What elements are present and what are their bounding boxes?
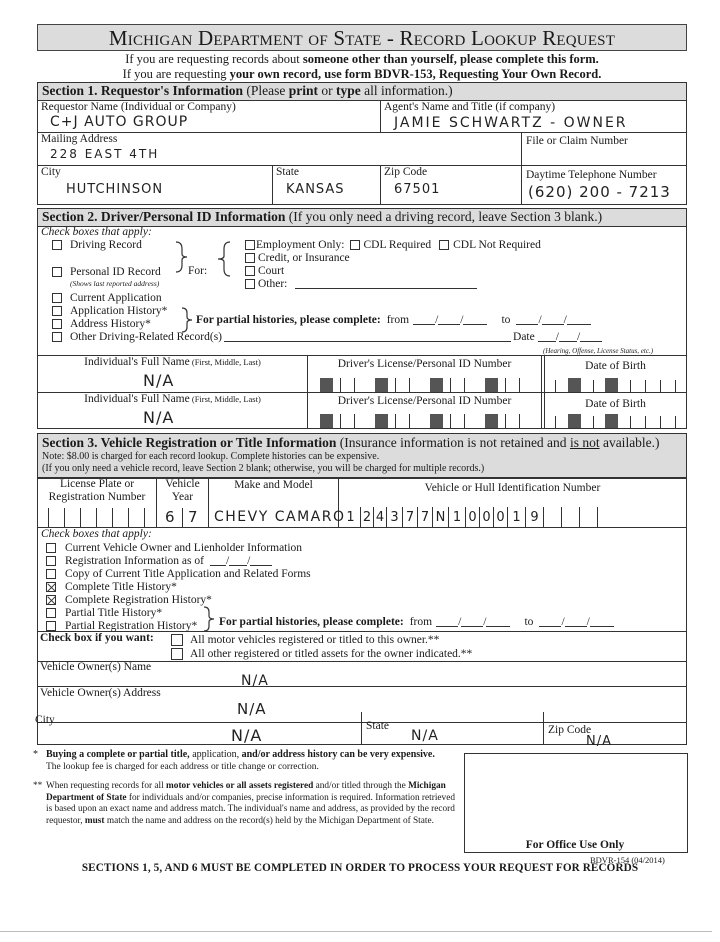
- section1-note-type: type: [336, 83, 361, 98]
- complete-registration-history-checkbox[interactable]: [46, 595, 56, 605]
- individual-name-field[interactable]: N/A: [143, 408, 174, 427]
- vin-char: 3: [387, 507, 403, 527]
- name-label-small: (First, Middle, Last): [190, 357, 261, 367]
- from-year-field[interactable]: [486, 617, 510, 627]
- cdl-required-checkbox[interactable]: [350, 240, 360, 250]
- vin-char: N: [433, 507, 449, 527]
- from-label: from: [387, 314, 409, 326]
- other-driving-checkbox[interactable]: [52, 332, 62, 342]
- address-history-label: Address History*: [70, 318, 151, 330]
- name-label-small: (First, Middle, Last): [190, 394, 261, 404]
- section3-title: Section 3. Vehicle Registration or Title…: [42, 435, 336, 450]
- state-field[interactable]: KANSAS: [286, 182, 345, 197]
- all-motor-vehicles-checkbox[interactable]: [171, 634, 183, 646]
- plate-label: License Plate or Registration Number: [38, 478, 156, 504]
- zip-field[interactable]: 67501: [394, 182, 440, 197]
- vin-char: 4: [374, 507, 387, 527]
- file-claim-label: File or Claim Number: [526, 135, 628, 147]
- registration-info-checkbox[interactable]: [46, 556, 56, 566]
- from-month-field[interactable]: [413, 315, 435, 325]
- mailing-address-field[interactable]: 228 EAST 4TH: [50, 147, 159, 161]
- page-edge-divider: [0, 931, 712, 932]
- option-label: Complete Title History*: [65, 581, 177, 593]
- address-history-checkbox[interactable]: [52, 319, 62, 329]
- footnote-star1: * Buying a complete or partial title, ap…: [33, 749, 453, 773]
- owner-name-label: Vehicle Owner(s) Name: [40, 661, 151, 673]
- other-driving-label: Other Driving-Related Record(s): [70, 331, 222, 343]
- instruction-1-bold: someone other than yourself, please comp…: [303, 52, 599, 66]
- driving-record-label: Driving Record: [70, 239, 142, 251]
- plate-number-field[interactable]: [40, 508, 156, 527]
- current-application-checkbox[interactable]: [52, 293, 62, 303]
- employment-only-checkbox[interactable]: [245, 240, 255, 250]
- instruction-2-bold: your own record, use form BDVR-153, Requ…: [230, 67, 602, 81]
- cdl-not-required-label: CDL Not Required: [453, 239, 541, 251]
- instruction-1-text: If you are requesting records about: [125, 52, 303, 66]
- driving-record-checkbox[interactable]: [52, 240, 62, 250]
- license-number-field[interactable]: [308, 412, 541, 429]
- section1-note-print: print: [289, 83, 318, 98]
- to-year-field[interactable]: [567, 315, 591, 325]
- to-month-field[interactable]: [539, 617, 561, 627]
- dob-label: Date of Birth: [545, 360, 686, 372]
- other-checkbox[interactable]: [245, 279, 255, 289]
- instruction-line-1: If you are requesting records about some…: [37, 52, 687, 67]
- vin-char: 2: [361, 507, 374, 527]
- from-label: from: [410, 616, 432, 628]
- office-use-box: For Office Use Only: [464, 753, 688, 853]
- section3-note-underline: is not: [570, 435, 600, 450]
- complete-title-history-checkbox[interactable]: [46, 582, 56, 592]
- option-label: Current Vehicle Owner and Lienholder Inf…: [65, 542, 302, 554]
- vin-char: 9: [526, 507, 544, 527]
- zip-label: Zip Code: [384, 166, 427, 178]
- plate-label-2: Registration Number: [38, 491, 156, 504]
- double-star-mark: **: [33, 781, 42, 793]
- employment-only-label: Employment Only:: [256, 239, 344, 251]
- option-label: Partial Title History*: [65, 607, 162, 619]
- mailing-address-label: Mailing Address: [41, 133, 117, 145]
- date-day-field[interactable]: [559, 332, 577, 342]
- requestor-name-field[interactable]: C+J AUTO GROUP: [50, 114, 188, 130]
- partial-histories-label: For partial histories, please complete:: [196, 314, 381, 326]
- vin-char: 1: [449, 507, 466, 527]
- year-label-2: Year: [157, 491, 208, 504]
- owner-zip-field[interactable]: N/A: [586, 734, 612, 749]
- owner-state-field[interactable]: N/A: [411, 728, 439, 744]
- individual-name-label: Individual's Full Name (First, Middle, L…: [38, 393, 307, 405]
- section3-fee-note: Note: $8.00 is charged for each record l…: [42, 451, 686, 463]
- to-day-field[interactable]: [565, 617, 587, 627]
- section3-heading: Section 3. Vehicle Registration or Title…: [37, 433, 687, 479]
- requestor-name-label: Requestor Name (Individual or Company): [41, 101, 236, 113]
- vin-label: Vehicle or Hull Identification Number: [339, 482, 686, 494]
- license-number-label: Driver's License/Personal ID Number: [308, 395, 541, 407]
- file-claim-field[interactable]: [530, 149, 680, 163]
- court-checkbox[interactable]: [245, 266, 255, 276]
- star1-line2: The lookup fee is charged for each addre…: [46, 762, 319, 772]
- dob-field[interactable]: [545, 375, 686, 392]
- owner-location-row: City N/A State N/A Zip Code N/A: [37, 712, 687, 745]
- owner-city-label: City: [35, 714, 55, 726]
- owner-address-label: Vehicle Owner(s) Address: [40, 687, 161, 699]
- application-history-checkbox[interactable]: [52, 306, 62, 316]
- state-label: State: [276, 166, 299, 178]
- agent-name-field[interactable]: JAMIE SCHWARTZ - OWNER: [394, 115, 628, 131]
- vin-char: [562, 507, 580, 527]
- partial-histories-label: For partial histories, please complete:: [219, 616, 404, 628]
- all-other-assets-checkbox[interactable]: [171, 648, 183, 660]
- city-label: City: [41, 166, 61, 178]
- copy-title-application-checkbox[interactable]: [46, 569, 56, 579]
- agent-name-label: Agent's Name and Title (if company): [384, 101, 555, 113]
- vehicle-year-field[interactable]: 6 7: [157, 506, 208, 527]
- vin-char: 7: [403, 507, 418, 527]
- vin-char: 0: [494, 507, 508, 527]
- vin-char: 0: [480, 507, 494, 527]
- name-label-text: Individual's Full Name: [84, 356, 190, 368]
- phone-field[interactable]: (620) 200 - 7213: [528, 183, 671, 201]
- to-label: to: [524, 616, 533, 628]
- make-model-field[interactable]: CHEVY CAMARO: [214, 509, 345, 525]
- section3-box: License Plate or Registration Number Veh…: [37, 477, 687, 723]
- year-digit: 7: [188, 508, 199, 526]
- all-motor-vehicles-label: All motor vehicles registered or titled …: [190, 634, 439, 646]
- option-label: Copy of Current Title Application and Re…: [65, 568, 311, 580]
- other-driving-field[interactable]: [224, 332, 511, 342]
- star2-b: motor vehicles or all assets registered: [166, 781, 313, 791]
- license-number-field[interactable]: [308, 375, 541, 392]
- section1-heading: Section 1. Requestor's Information (Plea…: [37, 82, 687, 101]
- star2-g: must: [85, 816, 105, 826]
- section1-note-suffix: all information.): [361, 83, 453, 98]
- section2-heading: Section 2. Driver/Personal ID Informatio…: [37, 208, 687, 227]
- for-label: For:: [188, 265, 207, 277]
- section3-note: (Insurance information is not retained a…: [336, 435, 570, 450]
- personal-id-record-checkbox[interactable]: [52, 267, 62, 277]
- owner-city-field[interactable]: N/A: [231, 726, 262, 745]
- section3-check-label: Check boxes that apply:: [41, 528, 152, 540]
- partial-registration-history-checkbox[interactable]: [46, 621, 56, 631]
- instruction-2-text: If you are requesting: [123, 67, 230, 81]
- reg-as-of-day-field[interactable]: [229, 556, 247, 566]
- city-field[interactable]: HUTCHINSON: [66, 182, 163, 197]
- year-label-1: Vehicle: [157, 478, 208, 491]
- section2-check-label: Check boxes that apply:: [41, 226, 152, 238]
- court-label: Court: [258, 265, 284, 277]
- section3-multiple-note: (If you only need a vehicle record, leav…: [42, 463, 686, 475]
- left-brace-icon: [214, 241, 232, 277]
- form-title: Michigan Department of State - Record Lo…: [37, 24, 687, 51]
- partial-title-history-checkbox[interactable]: [46, 608, 56, 618]
- cdl-not-required-checkbox[interactable]: [439, 240, 449, 250]
- section1-box: Requestor Name (Individual or Company) C…: [37, 100, 687, 205]
- date-label: Date: [513, 331, 535, 343]
- personal-id-record-label: Personal ID Record: [70, 266, 161, 278]
- star-mark: *: [33, 749, 38, 761]
- vin-char: [580, 507, 598, 527]
- plate-label-1: License Plate or: [38, 478, 156, 491]
- personal-id-note: (Shows last reported address): [70, 279, 159, 288]
- to-label: to: [501, 314, 510, 326]
- section1-note-mid: or: [318, 83, 336, 98]
- section2-note: (If you only need a driving record, leav…: [285, 209, 602, 224]
- instruction-line-2: If you are requesting your own record, u…: [37, 67, 687, 82]
- reg-as-of-year-field[interactable]: [250, 556, 272, 566]
- credit-insurance-checkbox[interactable]: [245, 253, 255, 263]
- star1-bold-a: Buying a complete or partial title,: [46, 749, 190, 760]
- to-day-field[interactable]: [542, 315, 564, 325]
- credit-insurance-label: Credit, or Insurance: [258, 252, 350, 264]
- star2-c: and/or titled through the: [313, 781, 405, 791]
- from-month-field[interactable]: [436, 617, 458, 627]
- right-brace-icon: [180, 307, 196, 333]
- cdl-required-label: CDL Required: [363, 239, 431, 251]
- vin-char: [544, 507, 562, 527]
- office-use-label: For Office Use Only: [465, 839, 685, 851]
- phone-label: Daytime Telephone Number: [526, 169, 657, 181]
- owner-state-label: State: [366, 720, 389, 732]
- date-note: (Hearing, Offense, License Status, etc.): [543, 347, 653, 355]
- year-label: Vehicle Year: [157, 478, 208, 504]
- year-digit: 6: [165, 508, 176, 526]
- date-month-field[interactable]: [538, 332, 556, 342]
- star2-e: for individuals and/or companies, precis…: [127, 793, 373, 803]
- option-label: Complete Registration History*: [65, 594, 212, 606]
- individual-name-label: Individual's Full Name (First, Middle, L…: [38, 356, 307, 368]
- vin-char: 1: [341, 507, 361, 527]
- section2-box: Check boxes that apply: Driving Record P…: [37, 226, 687, 429]
- to-month-field[interactable]: [516, 315, 538, 325]
- license-number-label: Driver's License/Personal ID Number: [308, 358, 541, 370]
- current-owner-lienholder-checkbox[interactable]: [46, 543, 56, 553]
- other-label: Other:: [258, 278, 287, 290]
- vin-char: 7: [418, 507, 433, 527]
- section1-note: (Please: [243, 83, 289, 98]
- dob-field[interactable]: [545, 412, 686, 429]
- star2-a: When requesting records for all: [46, 781, 166, 791]
- dob-label: Date of Birth: [545, 398, 686, 410]
- date-year-field[interactable]: [580, 332, 602, 342]
- vin-char: 0: [466, 507, 480, 527]
- star1-bold-b: and/or address history can be very expen…: [242, 749, 435, 760]
- section2-title: Section 2. Driver/Personal ID Informatio…: [42, 209, 285, 224]
- option-label: Registration Information as of: [65, 555, 204, 567]
- from-day-field[interactable]: [438, 315, 460, 325]
- check-if-want-label: Check box if you want:: [40, 632, 154, 644]
- vin-char: 1: [508, 507, 526, 527]
- vin-field[interactable]: 1 2 4 3 7 7 N 1 0 0 0 1 9: [339, 507, 686, 527]
- name-label-text: Individual's Full Name: [84, 393, 190, 405]
- record-lookup-form: Michigan Department of State - Record Lo…: [0, 0, 720, 942]
- footnote-star2: ** When requesting records for all motor…: [33, 781, 458, 827]
- right-brace-icon: [202, 606, 218, 632]
- bottom-notice: SECTIONS 1, 5, AND 6 MUST BE COMPLETED I…: [40, 862, 680, 874]
- from-day-field[interactable]: [461, 617, 483, 627]
- star2-h: match the name and address on the record…: [105, 816, 434, 826]
- section3-note-suffix: available.): [600, 435, 660, 450]
- all-other-assets-label: All other registered or titled assets fo…: [190, 648, 472, 660]
- star1-mid: application,: [190, 749, 242, 760]
- make-model-label: Make and Model: [209, 479, 338, 491]
- reg-as-of-month-field[interactable]: [210, 556, 226, 566]
- individual-name-field[interactable]: N/A: [143, 371, 174, 390]
- from-year-field[interactable]: [463, 315, 487, 325]
- application-history-label: Application History*: [70, 305, 167, 317]
- section1-title: Section 1. Requestor's Information: [42, 83, 243, 98]
- owner-zip-label: Zip Code: [548, 724, 591, 736]
- other-field[interactable]: [295, 279, 477, 289]
- to-year-field[interactable]: [590, 617, 614, 627]
- current-application-label: Current Application: [70, 292, 162, 304]
